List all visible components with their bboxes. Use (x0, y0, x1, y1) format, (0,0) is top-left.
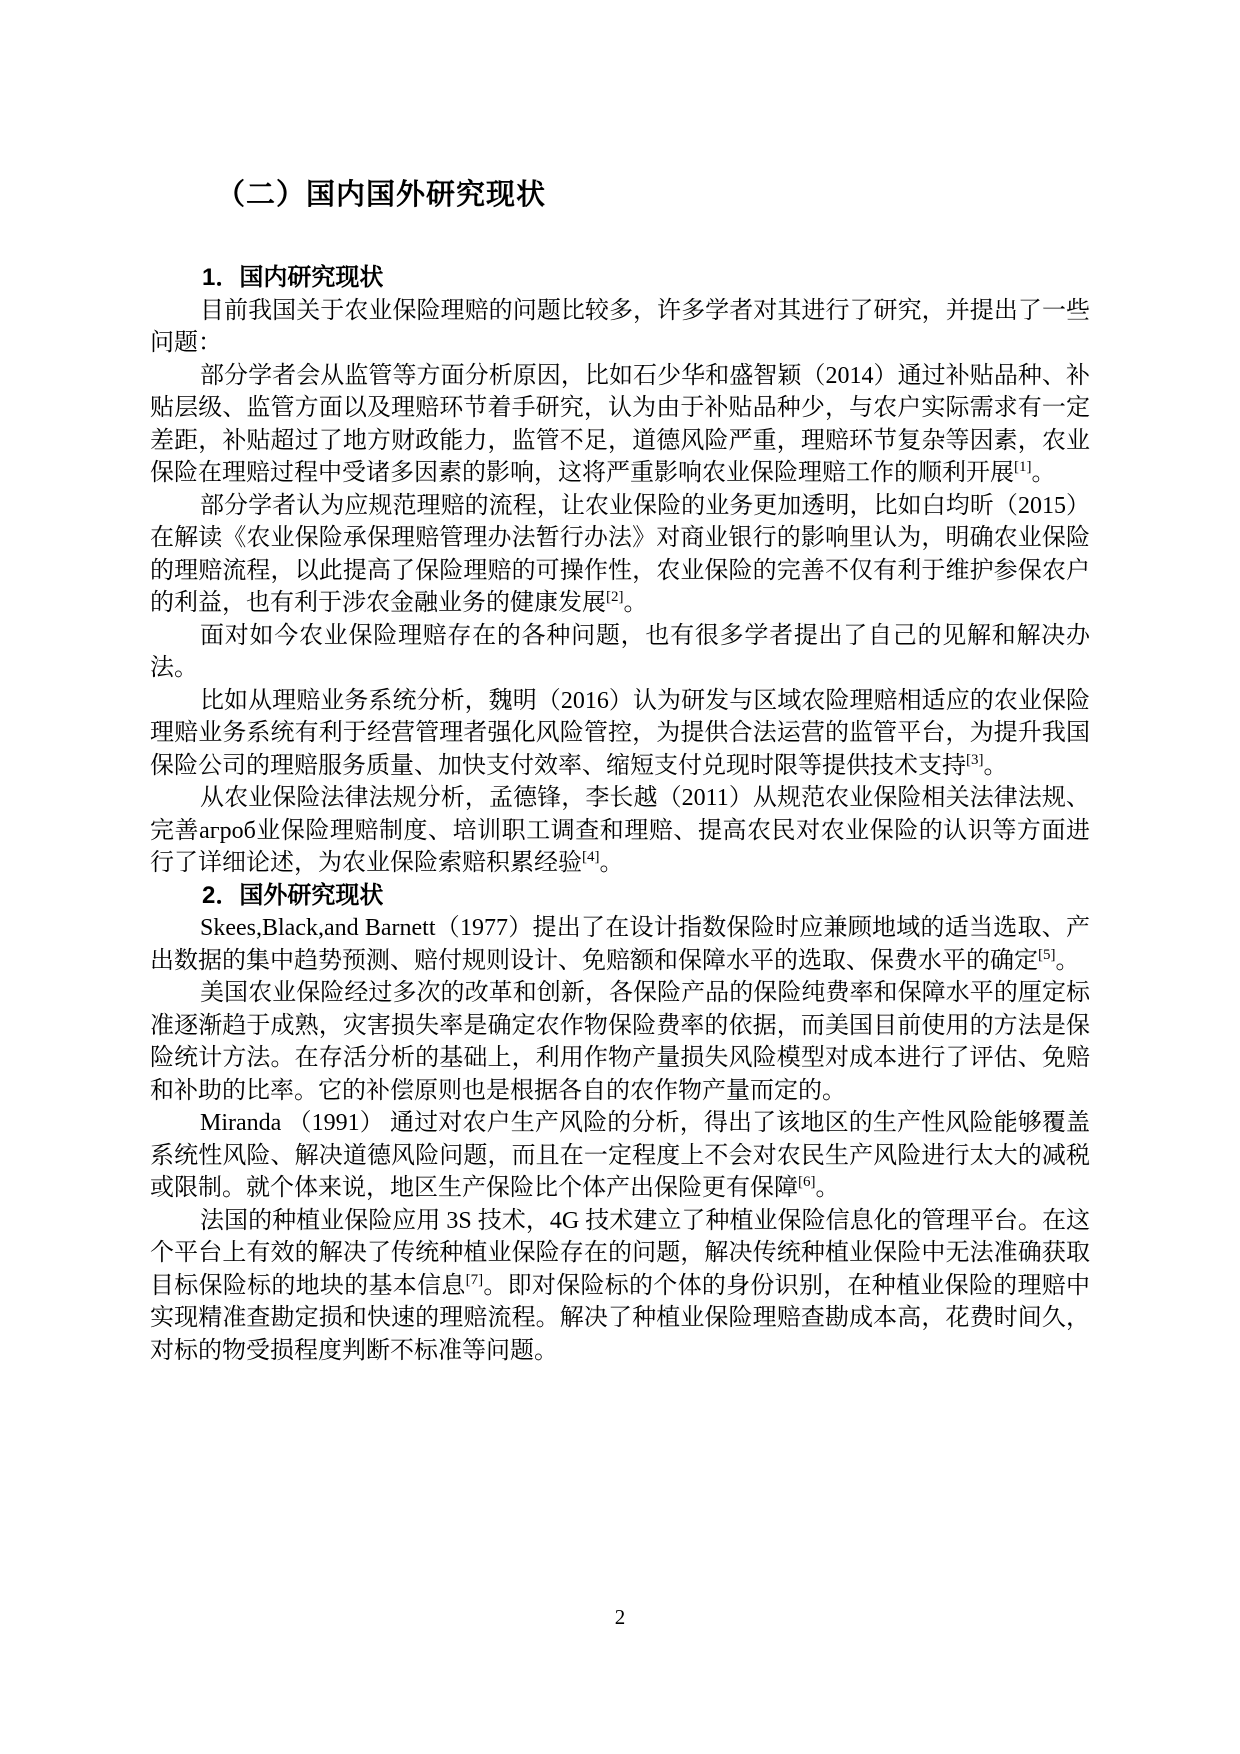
paragraph: 部分学者会从监管等方面分析原因，比如石少华和盛智颖（2014）通过补贴品种、补贴… (150, 360, 1090, 490)
citation-ref: [3] (966, 752, 984, 768)
document-page: （二）国内国外研究现状 1．国内研究现状 目前我国关于农业保险理赔的问题比较多，… (0, 0, 1240, 1754)
paragraph: Skees,Black,and Barnett（1977）提出了在设计指数保险时… (150, 912, 1090, 977)
paragraph: Miranda （1991） 通过对农户生产风险的分析，得出了该地区的生产性风险… (150, 1107, 1090, 1205)
paragraph: 法国的种植业保险应用 3S 技术，4G 技术建立了种植业保险信息化的管理平台。在… (150, 1205, 1090, 1368)
paragraph: 比如从理赔业务系统分析，魏明（2016）认为研发与区域农险理赔相适应的农业保险理… (150, 685, 1090, 783)
citation-ref: [6] (798, 1174, 816, 1190)
citation-ref: [1] (1014, 459, 1032, 475)
citation-ref: [4] (582, 849, 600, 865)
paragraph: 部分学者认为应规范理赔的流程，让农业保险的业务更加透明，比如白均昕（2015）在… (150, 490, 1090, 620)
citation-ref: [7] (466, 1272, 484, 1288)
paragraph: 从农业保险法律法规分析，孟德锋，李长越（2011）从规范农业保险相关法律法规、完… (150, 782, 1090, 880)
subsection-heading-foreign: 2．国外研究现状 (150, 880, 1090, 913)
section-title: （二）国内国外研究现状 (216, 178, 1090, 212)
citation-ref: [5] (1038, 947, 1056, 963)
paragraph: 面对如今农业保险理赔存在的各种问题，也有很多学者提出了自己的见解和解决办法。 (150, 620, 1090, 685)
paragraph: 美国农业保险经过多次的改革和创新，各保险产品的保险纯费率和保障水平的厘定标准逐渐… (150, 977, 1090, 1107)
subsection-heading-domestic: 1．国内研究现状 (150, 262, 1090, 295)
citation-ref: [2] (606, 589, 624, 605)
page-number: 2 (0, 1605, 1240, 1630)
paragraph: 目前我国关于农业保险理赔的问题比较多，许多学者对其进行了研究，并提出了一些问题： (150, 295, 1090, 360)
